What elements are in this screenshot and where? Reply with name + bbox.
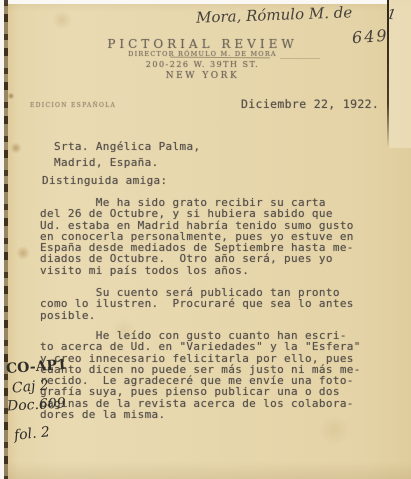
letterhead-address: 200-226 W. 39TH ST. [95,60,310,69]
handwritten-doc-number: Doc.609 [7,395,66,414]
letterhead-title: PICTORIAL REVIEW [95,37,310,51]
letter-salutation: Distinguida amiga: [42,175,168,186]
letterhead-city: NEW YORK [95,71,310,81]
letter-paragraph-3: He leído con gusto cuanto han escri- to … [40,330,361,420]
handwritten-folio-number: 649 [351,26,389,48]
handwritten-box-number: Caj 2 [11,377,49,396]
scanned-letter-page: Mora, Rómulo M. de 1 649 PICTORIAL REVIE… [0,0,411,479]
letter-recipient-block: Srta. Angélica Palma, Madrid, España. [54,139,200,171]
letter-paragraph-2: Su cuento será publicado tan pronto como… [40,287,354,321]
letter-paragraph-1: Me ha sido grato recibir su carta del 26… [40,197,354,276]
letterhead-edition-label: EDICION ESPAÑOLA [30,102,140,109]
letter-date: Diciembre 22, 1922. [241,99,379,110]
pen-underline-2 [280,58,320,59]
